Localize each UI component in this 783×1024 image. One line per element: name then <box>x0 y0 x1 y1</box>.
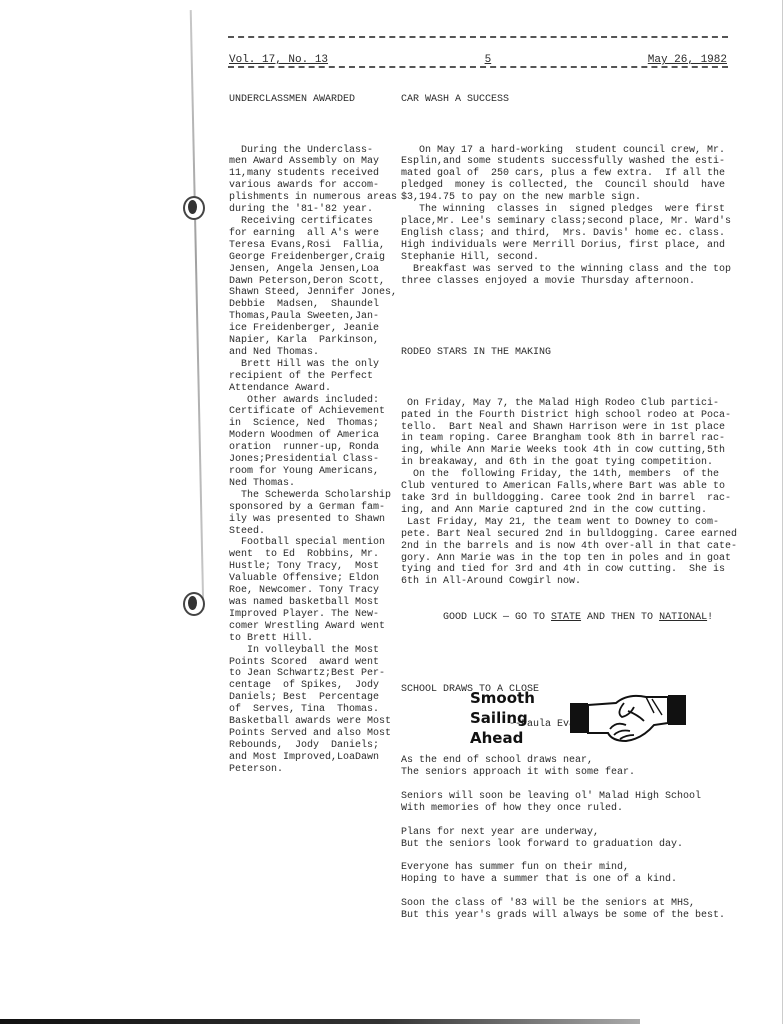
text-line: Last Friday, May 21, the team went to Do… <box>401 517 736 529</box>
scan-bottom-edge <box>0 1019 640 1024</box>
text-line: pete. Bart Neal secured 2nd in bulldoggi… <box>401 529 736 541</box>
text-line: Modern Woodmen of America <box>229 430 395 442</box>
text-line: in team roping. Caree Brangham took 8th … <box>401 433 736 445</box>
text-line: Ned Thomas. <box>229 478 395 490</box>
masthead: Vol. 17, No. 13 5 May 26, 1982 <box>228 50 728 68</box>
text-line: Jensen, Angela Jensen,Loa <box>229 264 395 276</box>
text-line: to Brett Hill. <box>229 633 395 645</box>
text-line: for earning all A's were <box>229 228 395 240</box>
text-line: and Ned Thomas. <box>229 347 395 359</box>
text-line: Thomas,Paula Sweeten,Jan- <box>229 311 395 323</box>
poem-line: Hoping to have a summer that is one of a… <box>401 874 736 886</box>
text-line: 6th in All-Around Cowgirl now. <box>401 576 736 588</box>
poem-line: Everyone has summer fun on their mind, <box>401 862 736 874</box>
text-line: Rebounds, Jody Daniels; <box>229 740 395 752</box>
right-column: CAR WASH A SUCCESS On May 17 a hard-work… <box>401 70 736 934</box>
text-line: Basketball awards were Most <box>229 716 395 728</box>
text-line: Points Served and also Most <box>229 728 395 740</box>
text-line: Club ventured to American Falls,where Ba… <box>401 481 736 493</box>
left-column: UNDERCLASSMEN AWARDED During the Undercl… <box>229 70 395 787</box>
text-line: and Most Improved,LoaDawn <box>229 752 395 764</box>
text-line: Other awards included: <box>229 395 395 407</box>
text-line: In volleyball the Most <box>229 645 395 657</box>
text-line: 2nd in the barrels and is now 4th over-a… <box>401 541 736 553</box>
punch-hole-icon <box>183 196 205 220</box>
text-line: Football special mention <box>229 537 395 549</box>
article-heading-car-wash: CAR WASH A SUCCESS <box>401 94 736 106</box>
issue-date: May 26, 1982 <box>647 54 728 66</box>
text-line: On May 17 a hard-working student council… <box>401 145 736 157</box>
text-line: men Award Assembly on May <box>229 156 395 168</box>
poem-line: But this year's grads will always be som… <box>401 910 736 922</box>
text-line: pated in the Fourth District high school… <box>401 410 736 422</box>
text-line: during the '81-'82 year. <box>229 204 395 216</box>
text-line: Jones;Presidential Class- <box>229 454 395 466</box>
text-line: Certificate of Achievement <box>229 406 395 418</box>
poem-body: As the end of school draws near,The seni… <box>401 755 736 922</box>
text-line: During the Underclass- <box>229 145 395 157</box>
text-line: Valuable Offensive; Eldon <box>229 573 395 585</box>
poem-line: Soon the class of '83 will be the senior… <box>401 898 736 910</box>
text-line: High individuals were Merrill Dorius, fi… <box>401 240 736 252</box>
text-line: Attendance Award. <box>229 383 395 395</box>
text-line: On Friday, May 7, the Malad High Rodeo C… <box>401 398 736 410</box>
text-line: place,Mr. Lee's seminary class;second pl… <box>401 216 736 228</box>
poem-line: Seniors will soon be leaving ol' Malad H… <box>401 791 736 803</box>
text-line: was named basketball Most <box>229 597 395 609</box>
text-line: Shawn Steed, Jennifer Jones, <box>229 287 395 299</box>
volume-number: Vol. 17, No. 13 <box>228 54 329 66</box>
page-edge-shadow <box>190 10 205 610</box>
text-line: room for Young Americans, <box>229 466 395 478</box>
text-line: Napier, Karla Parkinson, <box>229 335 395 347</box>
text-line: Stephanie Hill, second. <box>401 252 736 264</box>
text-line: Improved Player. The New- <box>229 609 395 621</box>
text-line: to Jean Schwartz;Best Per- <box>229 668 395 680</box>
text-line: Roe, Newcomer. Tony Tracy <box>229 585 395 597</box>
text-line: Daniels; Best Percentage <box>229 692 395 704</box>
ad-text: Smooth Sailing Ahead <box>470 688 550 748</box>
text-line: centage of Spikes, Jody <box>229 680 395 692</box>
punch-hole-icon <box>183 592 205 616</box>
text-line: Teresa Evans,Rosi Fallia, <box>229 240 395 252</box>
poem-line: Plans for next year are underway, <box>401 827 736 839</box>
text-line: take 3rd in bulldogging. Caree took 2nd … <box>401 493 736 505</box>
page-number: 5 <box>484 54 493 66</box>
text-line: pledged money is collected, the Council … <box>401 180 736 192</box>
poem-line: The seniors approach it with some fear. <box>401 767 736 779</box>
text-line: ing, while Ann Marie Weeks took 4th in c… <box>401 445 736 457</box>
article-heading-rodeo: RODEO STARS IN THE MAKING <box>401 347 736 359</box>
text-line: oration runner-up, Ronda <box>229 442 395 454</box>
text-line: Steed. <box>229 526 395 538</box>
text-line: various awards for accom- <box>229 180 395 192</box>
text-line: Hustle; Tony Tracy, Most <box>229 561 395 573</box>
text-line: mated goal of 250 cars, plus a few extra… <box>401 168 736 180</box>
text-line: Dawn Peterson,Deron Scott, <box>229 276 395 288</box>
poem-line: But the seniors look forward to graduati… <box>401 839 736 851</box>
top-dashed-rule <box>228 36 728 38</box>
text-line: English class; and third, Mrs. Davis' ho… <box>401 228 736 240</box>
text-line: plishments in numerous areas <box>229 192 395 204</box>
text-line: ily was presented to Shawn <box>229 514 395 526</box>
text-line: tello. Bart Neal and Shawn Harrison were… <box>401 422 736 434</box>
handshake-icon <box>568 689 688 747</box>
text-line: three classes enjoyed a movie Thursday a… <box>401 276 736 288</box>
text-line: Receiving certificates <box>229 216 395 228</box>
text-line: ice Freidenberger, Jeanie <box>229 323 395 335</box>
text-line: gory. Ann Marie was in the top ten in po… <box>401 553 736 565</box>
text-line: in breakaway, and 6th in the goat tying … <box>401 457 736 469</box>
smooth-sailing-ad: Smooth Sailing Ahead <box>470 683 710 753</box>
text-line: $3,194.75 to pay on the new marble sign. <box>401 192 736 204</box>
text-line: Debbie Madsen, Shaundel <box>229 299 395 311</box>
text-line: George Freidenberger,Craig <box>229 252 395 264</box>
text-line: went to Ed Robbins, Mr. <box>229 549 395 561</box>
text-line: Peterson. <box>229 764 395 776</box>
article-body-underclassmen: During the Underclass-men Award Assembly… <box>229 145 395 776</box>
text-line: The winning classes in signed pledges we… <box>401 204 736 216</box>
text-line: ing, and Ann Marie captured 2nd in the c… <box>401 505 736 517</box>
text-line: of Serves, Tina Thomas. <box>229 704 395 716</box>
article-body-car-wash: On May 17 a hard-working student council… <box>401 145 736 288</box>
text-line: The Schewerda Scholarship <box>229 490 395 502</box>
text-line: tying and tied for 3rd and 4th in cow cu… <box>401 564 736 576</box>
text-line: Brett Hill was the only <box>229 359 395 371</box>
poem-line: As the end of school draws near, <box>401 755 736 767</box>
article-heading-underclassmen: UNDERCLASSMEN AWARDED <box>229 94 395 106</box>
text-line: comer Wrestling Award went <box>229 621 395 633</box>
text-line: sponsored by a German fam- <box>229 502 395 514</box>
article-body-rodeo: On Friday, May 7, the Malad High Rodeo C… <box>401 398 736 589</box>
poem-line: With memories of how they once ruled. <box>401 803 736 815</box>
text-line: Points Scored award went <box>229 657 395 669</box>
rodeo-slogan: GOOD LUCK — GO TO STATE AND THEN TO NATI… <box>401 612 736 624</box>
text-line: 11,many students received <box>229 168 395 180</box>
text-line: in Science, Ned Thomas; <box>229 418 395 430</box>
text-line: Esplin,and some students successfully wa… <box>401 156 736 168</box>
text-line: Breakfast was served to the winning clas… <box>401 264 736 276</box>
text-line: recipient of the Perfect <box>229 371 395 383</box>
text-line: On the following Friday, the 14th, membe… <box>401 469 736 481</box>
